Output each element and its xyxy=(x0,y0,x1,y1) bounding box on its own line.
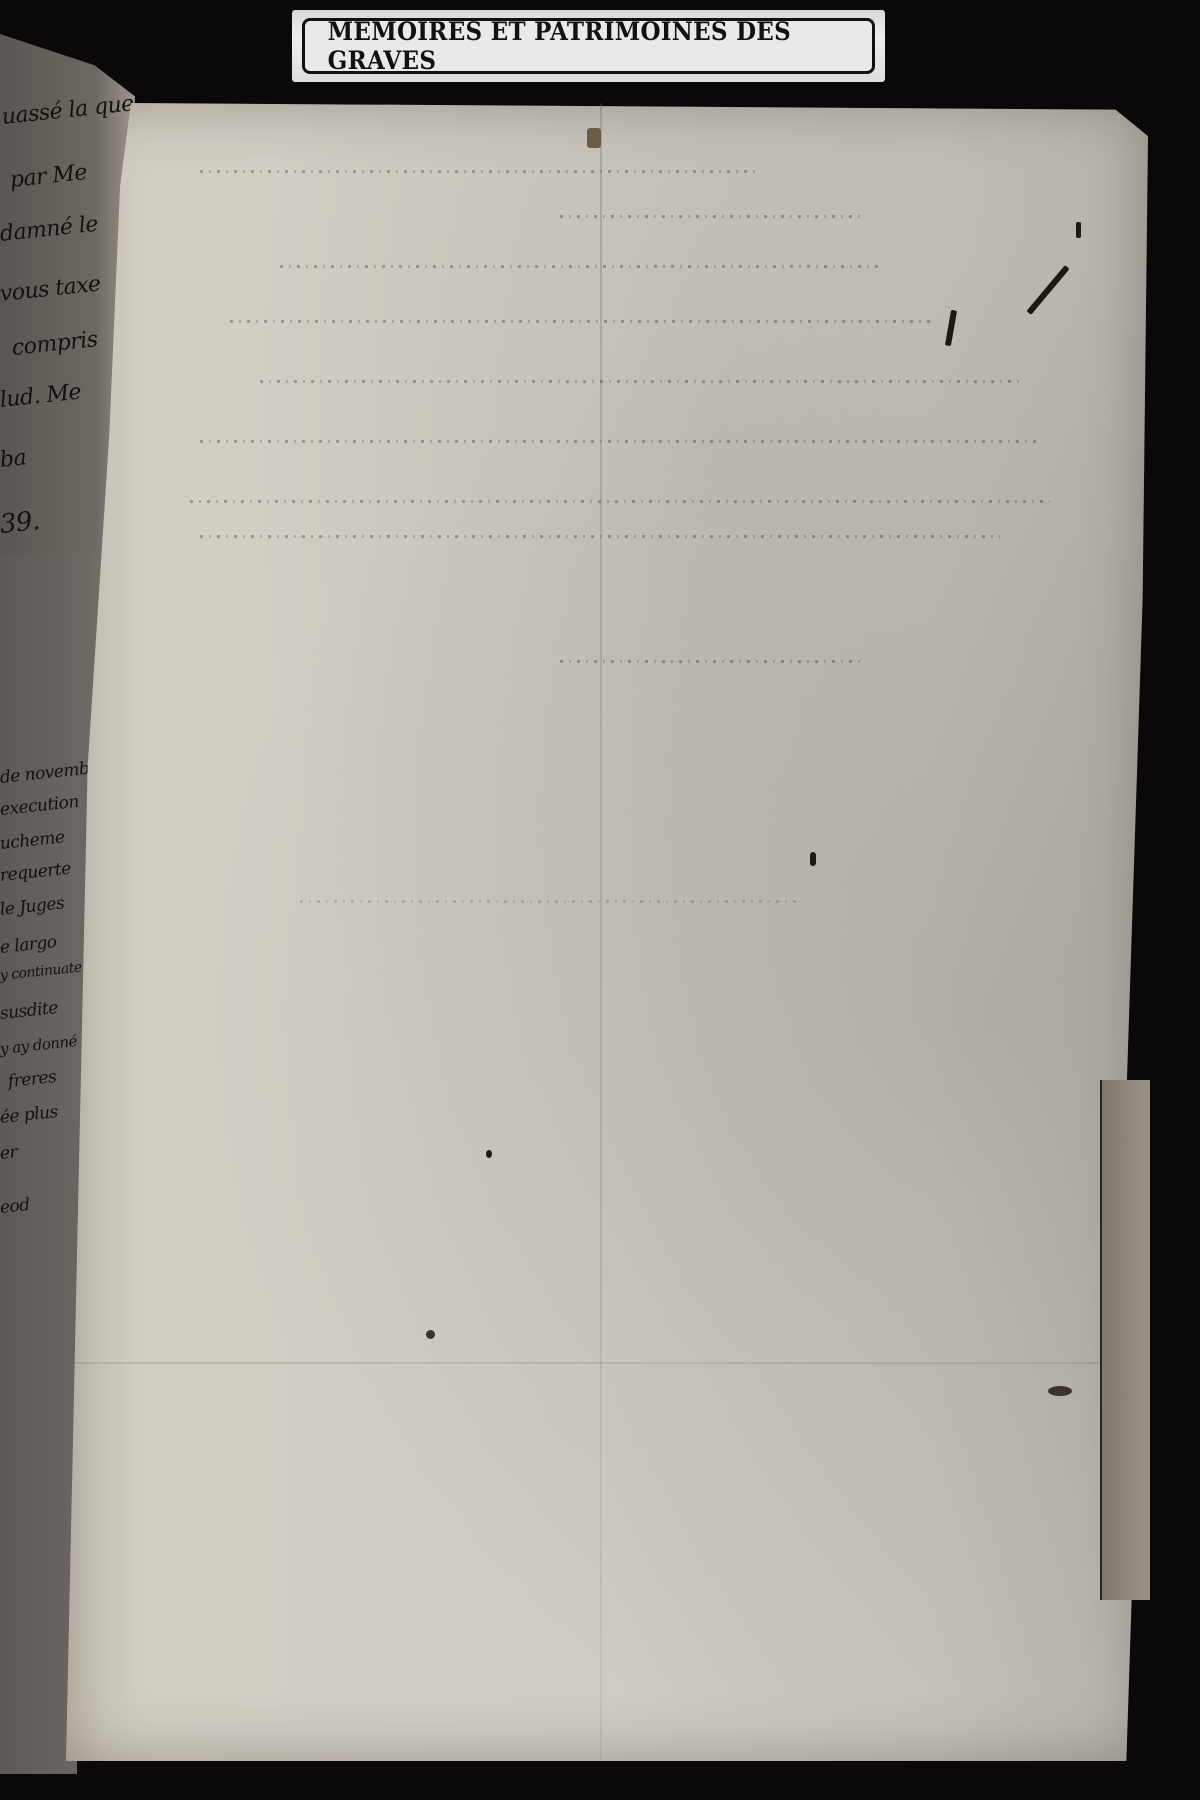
vertical-fold-line xyxy=(600,103,602,1761)
handwriting-line: er xyxy=(0,1142,18,1164)
main-page-blank xyxy=(66,103,1148,1761)
header-border: MEMOIRES ET PATRIMOINES DES GRAVES xyxy=(302,18,875,74)
handwriting-line: ba xyxy=(0,445,27,473)
archive-title: MEMOIRES ET PATRIMOINES DES GRAVES xyxy=(328,17,850,75)
archive-header-plate: MEMOIRES ET PATRIMOINES DES GRAVES xyxy=(292,10,885,82)
right-page-edge-stack xyxy=(1100,1080,1150,1600)
handwriting-line: eod xyxy=(0,1195,31,1218)
handwriting-line: 39. xyxy=(0,506,41,540)
horizontal-fold-line xyxy=(70,1362,1130,1364)
